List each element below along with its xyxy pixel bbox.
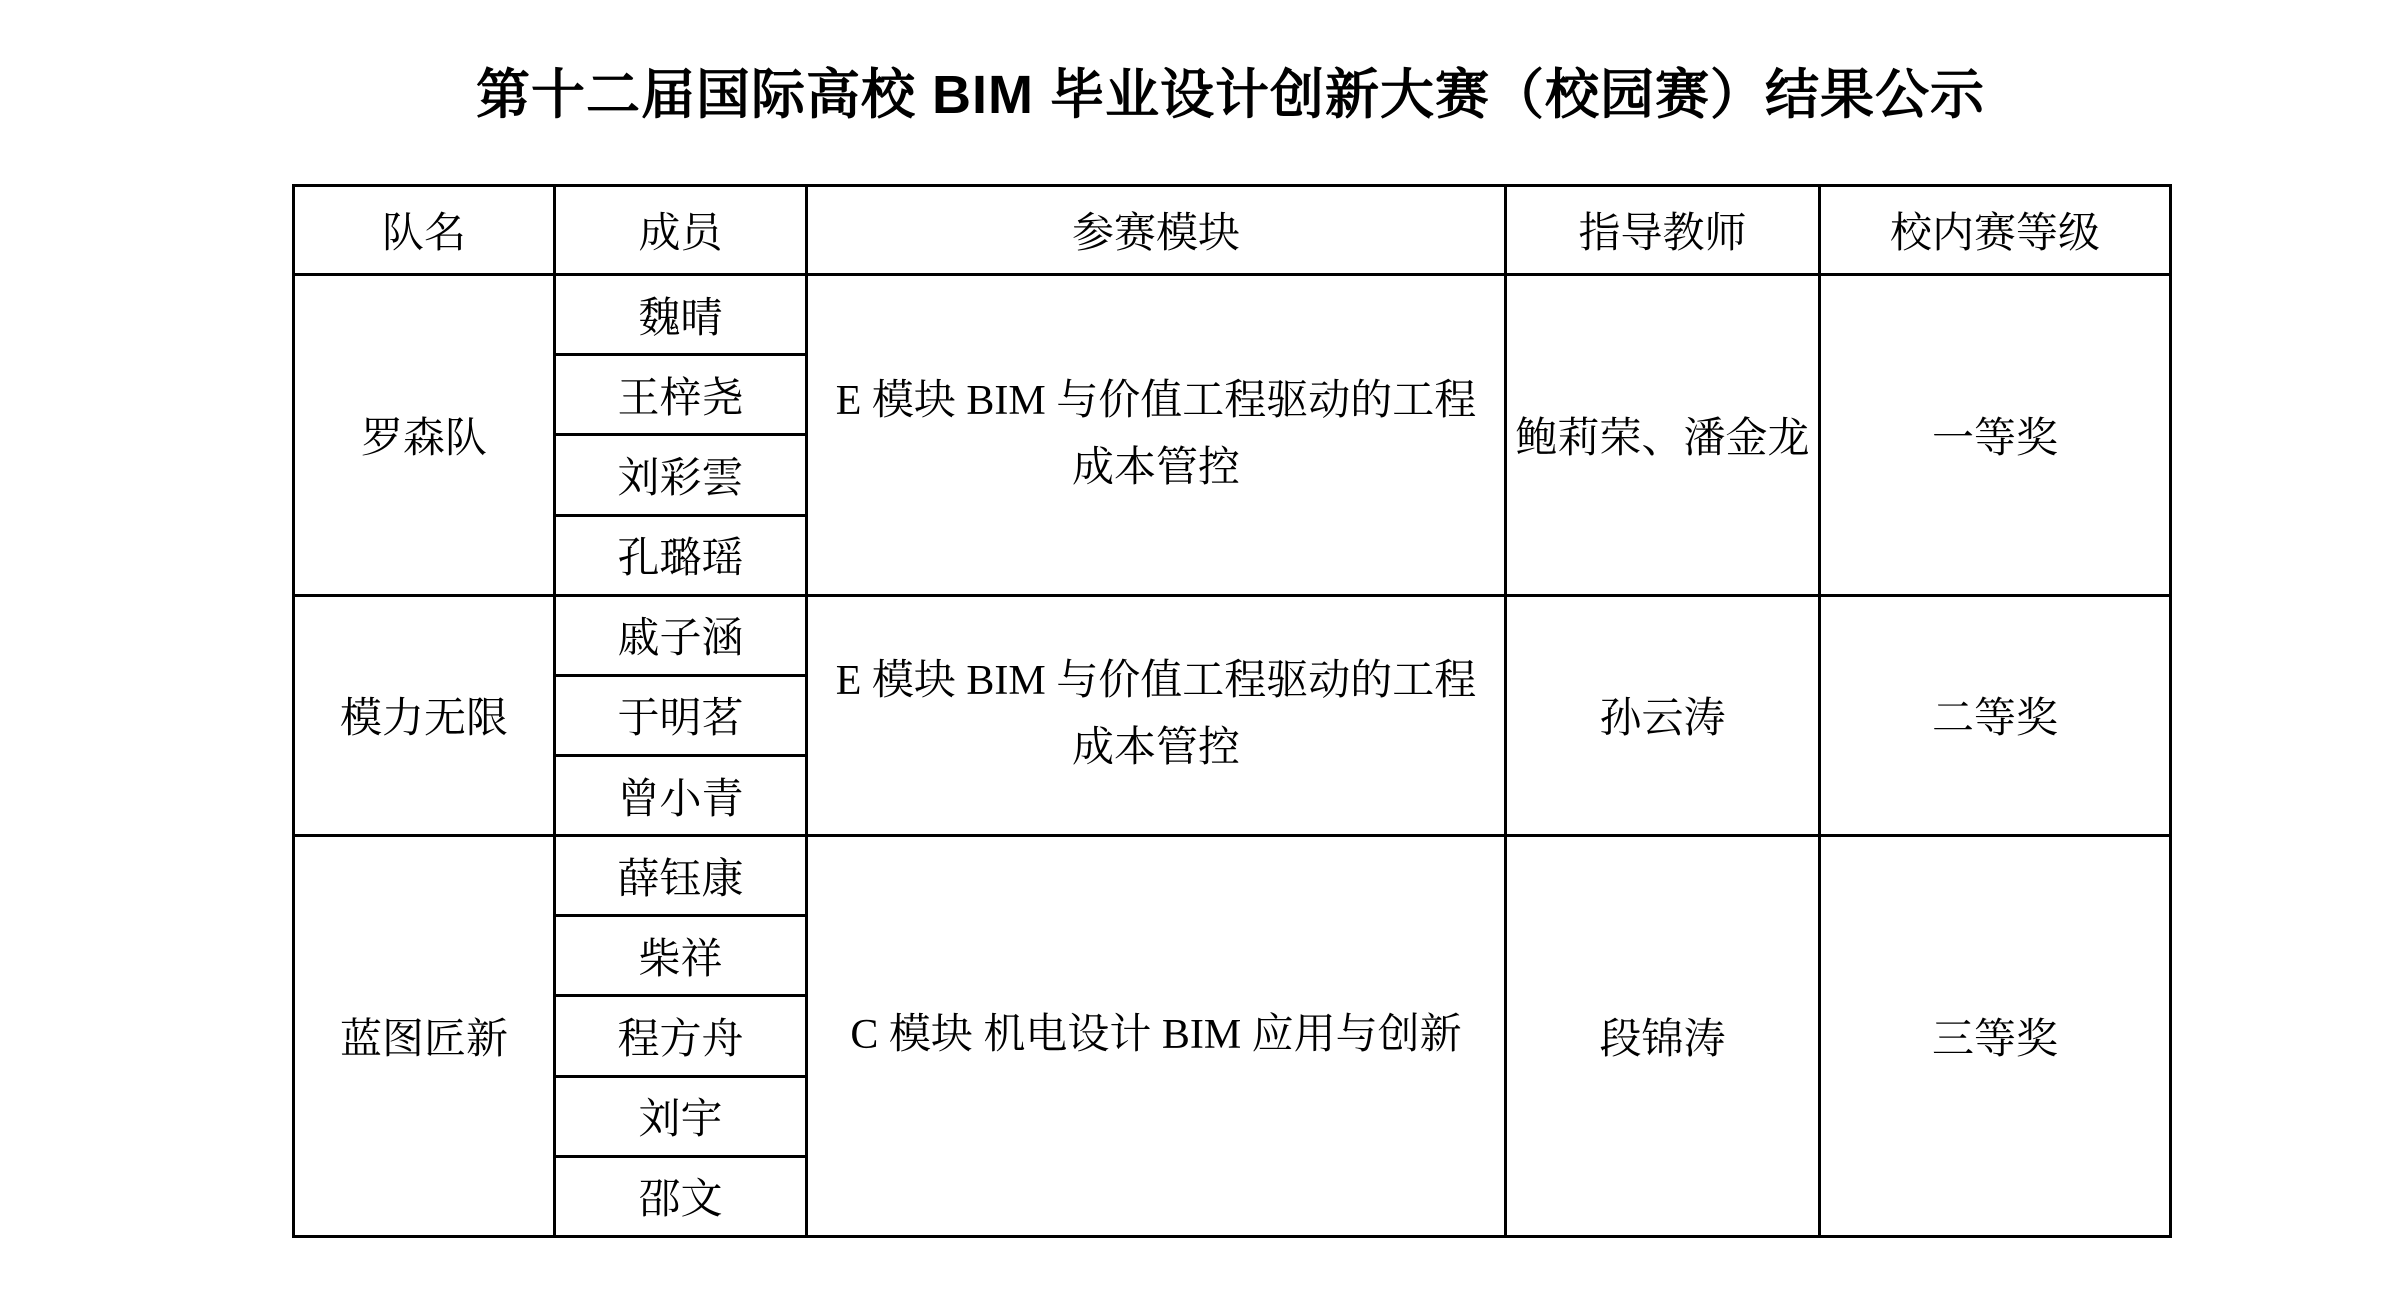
teacher-cell: 孙云涛 bbox=[1506, 595, 1820, 835]
member-cell: 薛钰康 bbox=[555, 836, 807, 916]
column-header-teacher: 指导教师 bbox=[1506, 186, 1820, 275]
table-header-row: 队名 成员 参赛模块 指导教师 校内赛等级 bbox=[294, 186, 2171, 275]
results-table: 队名 成员 参赛模块 指导教师 校内赛等级 罗森队 魏晴 E 模块 BIM 与价… bbox=[292, 184, 2172, 1238]
member-cell: 王梓尧 bbox=[555, 355, 807, 435]
module-cell: E 模块 BIM 与价值工程驱动的工程 成本管控 bbox=[807, 275, 1506, 596]
member-cell: 于明茗 bbox=[555, 675, 807, 755]
member-cell: 孔璐瑶 bbox=[555, 515, 807, 595]
teacher-cell: 段锦涛 bbox=[1506, 836, 1820, 1237]
module-cell: C 模块 机电设计 BIM 应用与创新 bbox=[807, 836, 1506, 1237]
member-cell: 魏晴 bbox=[555, 275, 807, 355]
member-cell: 邵文 bbox=[555, 1156, 807, 1236]
column-header-award: 校内赛等级 bbox=[1820, 186, 2171, 275]
column-header-members: 成员 bbox=[555, 186, 807, 275]
module-cell: E 模块 BIM 与价值工程驱动的工程 成本管控 bbox=[807, 595, 1506, 835]
page-title: 第十二届国际高校 BIM 毕业设计创新大赛（校园赛）结果公示 bbox=[292, 64, 2169, 126]
teacher-cell: 鲍莉荣、潘金龙 bbox=[1506, 275, 1820, 596]
award-cell: 一等奖 bbox=[1820, 275, 2171, 596]
member-cell: 程方舟 bbox=[555, 996, 807, 1076]
team-name-cell: 罗森队 bbox=[294, 275, 555, 596]
member-cell: 刘彩雲 bbox=[555, 435, 807, 515]
award-cell: 二等奖 bbox=[1820, 595, 2171, 835]
member-cell: 刘宇 bbox=[555, 1076, 807, 1156]
award-cell: 三等奖 bbox=[1820, 836, 2171, 1237]
team-name-cell: 模力无限 bbox=[294, 595, 555, 835]
table-row: 蓝图匠新 薛钰康 C 模块 机电设计 BIM 应用与创新 段锦涛 三等奖 bbox=[294, 836, 2171, 916]
member-cell: 戚子涵 bbox=[555, 595, 807, 675]
column-header-team-name: 队名 bbox=[294, 186, 555, 275]
member-cell: 柴祥 bbox=[555, 916, 807, 996]
table-row: 罗森队 魏晴 E 模块 BIM 与价值工程驱动的工程 成本管控 鲍莉荣、潘金龙 … bbox=[294, 275, 2171, 355]
team-name-cell: 蓝图匠新 bbox=[294, 836, 555, 1237]
column-header-module: 参赛模块 bbox=[807, 186, 1506, 275]
document-page: 第十二届国际高校 BIM 毕业设计创新大赛（校园赛）结果公示 队名 成员 参赛模… bbox=[0, 0, 2381, 1292]
table-row: 模力无限 戚子涵 E 模块 BIM 与价值工程驱动的工程 成本管控 孙云涛 二等… bbox=[294, 595, 2171, 675]
member-cell: 曾小青 bbox=[555, 756, 807, 836]
